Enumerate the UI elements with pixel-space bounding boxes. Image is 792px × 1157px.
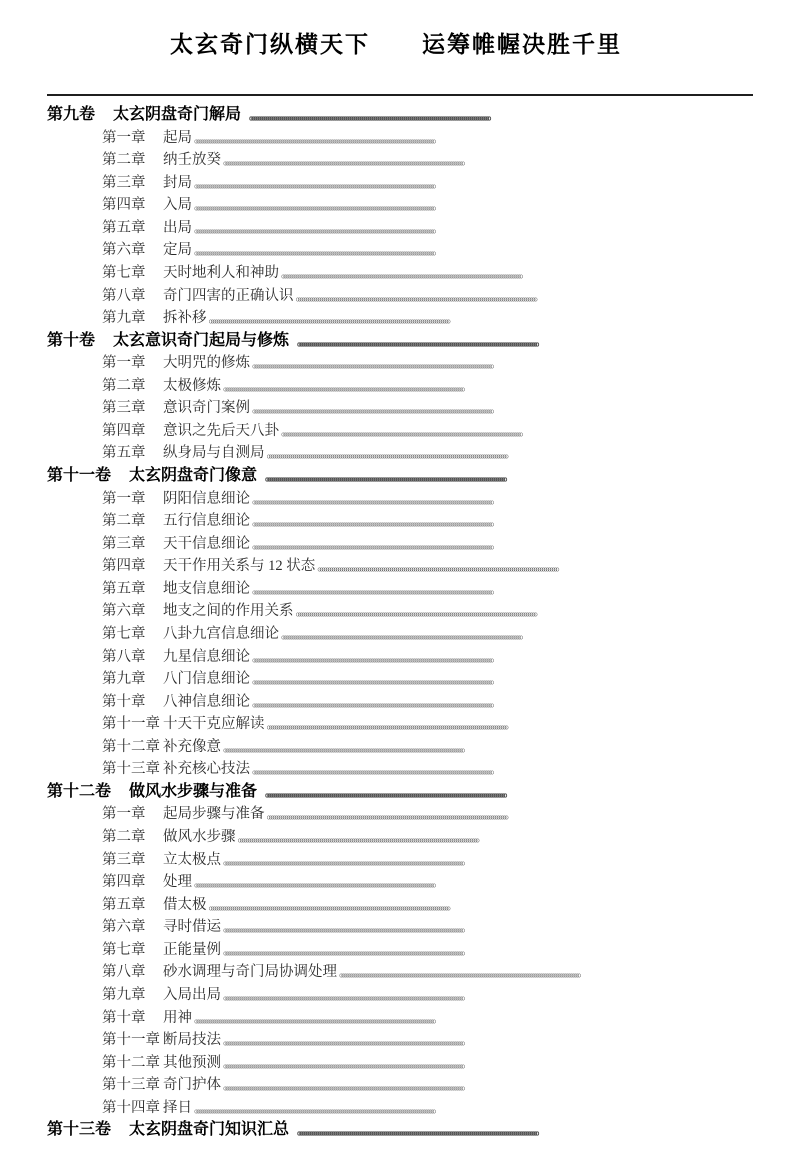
toc-chapter-row[interactable]: 第三章 意识奇门案例 。。。。。。。。。。。。。。。。。。。。。。。。。。。。。… bbox=[47, 397, 687, 420]
dot-leader: 。。。。。。。。。。。。。。。。。。。。。。。。。。。。。。。。。。。。。。。。… bbox=[194, 172, 687, 195]
toc-chapter-row[interactable]: 第十四章 择日 。。。。。。。。。。。。。。。。。。。。。。。。。。。。。。。。… bbox=[47, 1097, 687, 1120]
toc-chapter-row[interactable]: 第二章 太极修炼 。。。。。。。。。。。。。。。。。。。。。。。。。。。。。。。… bbox=[47, 375, 687, 398]
toc-chapter-row[interactable]: 第六章 地支之间的作用关系 。。。。。。。。。。。。。。。。。。。。。。。。。。… bbox=[47, 600, 687, 623]
toc-chapter-row[interactable]: 第一章 大明咒的修炼 。。。。。。。。。。。。。。。。。。。。。。。。。。。。。… bbox=[47, 352, 687, 375]
dot-leader: 。。。。。。。。。。。。。。。。。。。。。。。。。。。。。。。。。。。。。。。。… bbox=[223, 1029, 687, 1052]
document-page: 太玄奇门纵横天下运筹帷幄决胜千里 第九卷 太玄阴盘奇门解局 。。。。。。。。。。… bbox=[0, 0, 792, 1157]
dot-leader: 。。。。。。。。。。。。。。。。。。。。。。。。。。。。。。。。。。。。。。。。… bbox=[265, 465, 687, 488]
dot-leader: 。。。。。。。。。。。。。。。。。。。。。。。。。。。。。。。。。。。。。。。。… bbox=[297, 330, 687, 353]
dot-leader: 。。。。。。。。。。。。。。。。。。。。。。。。。。。。。。。。。。。。。。。。… bbox=[252, 510, 687, 533]
chapter-title: 用神 bbox=[163, 1007, 192, 1030]
chapter-number: 第十四章 bbox=[102, 1097, 163, 1120]
chapter-title: 意识之先后天八卦 bbox=[163, 420, 279, 443]
dot-leader: 。。。。。。。。。。。。。。。。。。。。。。。。。。。。。。。。。。。。。。。。… bbox=[267, 803, 688, 826]
toc-chapter-row[interactable]: 第十三章 补充核心技法 。。。。。。。。。。。。。。。。。。。。。。。。。。。。… bbox=[47, 758, 687, 781]
dot-leader: 。。。。。。。。。。。。。。。。。。。。。。。。。。。。。。。。。。。。。。。。… bbox=[252, 646, 687, 669]
toc-chapter-row[interactable]: 第二章 纳壬放癸 。。。。。。。。。。。。。。。。。。。。。。。。。。。。。。。… bbox=[47, 149, 687, 172]
toc-chapter-row[interactable]: 第九章 入局出局 。。。。。。。。。。。。。。。。。。。。。。。。。。。。。。。… bbox=[47, 984, 687, 1007]
toc-chapter-row[interactable]: 第一章 起局步骤与准备 。。。。。。。。。。。。。。。。。。。。。。。。。。。。… bbox=[47, 803, 687, 826]
dot-leader: 。。。。。。。。。。。。。。。。。。。。。。。。。。。。。。。。。。。。。。。。… bbox=[194, 871, 687, 894]
chapter-number: 第八章 bbox=[102, 285, 163, 308]
chapter-title: 其他预测 bbox=[163, 1052, 221, 1075]
toc-chapter-row[interactable]: 第八章 砂水调理与奇门局协调处理 。。。。。。。。。。。。。。。。。。。。。。。… bbox=[47, 961, 687, 984]
dot-leader: 。。。。。。。。。。。。。。。。。。。。。。。。。。。。。。。。。。。。。。。。… bbox=[267, 713, 688, 736]
dot-leader: 。。。。。。。。。。。。。。。。。。。。。。。。。。。。。。。。。。。。。。。。… bbox=[297, 1119, 687, 1142]
toc-volume-row[interactable]: 第十三卷 太玄阴盘奇门知识汇总 。。。。。。。。。。。。。。。。。。。。。。。。… bbox=[47, 1119, 687, 1142]
chapter-title: 天干作用关系与 12 状态 bbox=[163, 555, 315, 578]
chapter-title: 地支信息细论 bbox=[163, 578, 250, 601]
chapter-number: 第十一章 bbox=[102, 1029, 163, 1052]
chapter-title: 纵身局与自测局 bbox=[163, 442, 265, 465]
chapter-title: 断局技法 bbox=[163, 1029, 221, 1052]
dot-leader: 。。。。。。。。。。。。。。。。。。。。。。。。。。。。。。。。。。。。。。。。… bbox=[281, 262, 687, 285]
chapter-number: 第五章 bbox=[102, 894, 163, 917]
dot-leader: 。。。。。。。。。。。。。。。。。。。。。。。。。。。。。。。。。。。。。。。。… bbox=[252, 578, 687, 601]
chapter-number: 第一章 bbox=[102, 352, 163, 375]
chapter-number: 第三章 bbox=[102, 849, 163, 872]
dot-leader: 。。。。。。。。。。。。。。。。。。。。。。。。。。。。。。。。。。。。。。。。… bbox=[252, 691, 687, 714]
chapter-number: 第二章 bbox=[102, 149, 163, 172]
dot-leader: 。。。。。。。。。。。。。。。。。。。。。。。。。。。。。。。。。。。。。。。。… bbox=[252, 668, 687, 691]
dot-leader: 。。。。。。。。。。。。。。。。。。。。。。。。。。。。。。。。。。。。。。。。… bbox=[249, 104, 687, 127]
dot-leader: 。。。。。。。。。。。。。。。。。。。。。。。。。。。。。。。。。。。。。。。。… bbox=[223, 1074, 687, 1097]
toc-chapter-row[interactable]: 第五章 纵身局与自测局 。。。。。。。。。。。。。。。。。。。。。。。。。。。。… bbox=[47, 442, 687, 465]
toc-chapter-row[interactable]: 第六章 寻时借运 。。。。。。。。。。。。。。。。。。。。。。。。。。。。。。。… bbox=[47, 916, 687, 939]
chapter-title: 出局 bbox=[163, 217, 192, 240]
chapter-title: 八门信息细论 bbox=[163, 668, 250, 691]
chapter-title: 八神信息细论 bbox=[163, 691, 250, 714]
chapter-number: 第三章 bbox=[102, 397, 163, 420]
toc-chapter-row[interactable]: 第三章 封局 。。。。。。。。。。。。。。。。。。。。。。。。。。。。。。。。。… bbox=[47, 172, 687, 195]
chapter-number: 第一章 bbox=[102, 488, 163, 511]
toc-chapter-row[interactable]: 第四章 处理 。。。。。。。。。。。。。。。。。。。。。。。。。。。。。。。。。… bbox=[47, 871, 687, 894]
chapter-title: 定局 bbox=[163, 239, 192, 262]
dot-leader: 。。。。。。。。。。。。。。。。。。。。。。。。。。。。。。。。。。。。。。。。… bbox=[194, 239, 687, 262]
chapter-number: 第九章 bbox=[102, 668, 163, 691]
chapter-number: 第六章 bbox=[102, 239, 163, 262]
toc-chapter-row[interactable]: 第八章 九星信息细论 。。。。。。。。。。。。。。。。。。。。。。。。。。。。。… bbox=[47, 646, 687, 669]
chapter-title: 砂水调理与奇门局协调处理 bbox=[163, 961, 337, 984]
chapter-number: 第七章 bbox=[102, 262, 163, 285]
chapter-number: 第三章 bbox=[102, 172, 163, 195]
chapter-title: 阴阳信息细论 bbox=[163, 488, 250, 511]
chapter-title: 做风水步骤 bbox=[163, 826, 236, 849]
chapter-title: 五行信息细论 bbox=[163, 510, 250, 533]
chapter-title: 意识奇门案例 bbox=[163, 397, 250, 420]
chapter-title: 太极修炼 bbox=[163, 375, 221, 398]
chapter-title: 入局 bbox=[163, 194, 192, 217]
chapter-title: 十天干克应解读 bbox=[163, 713, 265, 736]
header-title-left: 太玄奇门纵横天下 bbox=[170, 32, 370, 57]
dot-leader: 。。。。。。。。。。。。。。。。。。。。。。。。。。。。。。。。。。。。。。。。… bbox=[265, 781, 687, 804]
chapter-number: 第十一章 bbox=[102, 713, 163, 736]
chapter-title: 拆补移 bbox=[163, 307, 207, 330]
toc-chapter-row[interactable]: 第十二章 其他预测 。。。。。。。。。。。。。。。。。。。。。。。。。。。。。。… bbox=[47, 1052, 687, 1075]
toc-chapter-row[interactable]: 第五章 借太极 。。。。。。。。。。。。。。。。。。。。。。。。。。。。。。。。… bbox=[47, 894, 687, 917]
chapter-number: 第十三章 bbox=[102, 1074, 163, 1097]
toc-chapter-row[interactable]: 第十章 用神 。。。。。。。。。。。。。。。。。。。。。。。。。。。。。。。。。… bbox=[47, 1007, 687, 1030]
dot-leader: 。。。。。。。。。。。。。。。。。。。。。。。。。。。。。。。。。。。。。。。。… bbox=[194, 127, 687, 150]
chapter-number: 第四章 bbox=[102, 555, 163, 578]
chapter-number: 第四章 bbox=[102, 871, 163, 894]
dot-leader: 。。。。。。。。。。。。。。。。。。。。。。。。。。。。。。。。。。。。。。。。… bbox=[252, 758, 687, 781]
toc-chapter-row[interactable]: 第三章 天干信息细论 。。。。。。。。。。。。。。。。。。。。。。。。。。。。。… bbox=[47, 533, 687, 556]
volume-title: 太玄阴盘奇门解局 bbox=[113, 104, 241, 127]
chapter-number: 第五章 bbox=[102, 217, 163, 240]
chapter-title: 处理 bbox=[163, 871, 192, 894]
chapter-number: 第十二章 bbox=[102, 1052, 163, 1075]
chapter-number: 第十三章 bbox=[102, 758, 163, 781]
chapter-title: 纳壬放癸 bbox=[163, 149, 221, 172]
toc-chapter-row[interactable]: 第六章 定局 。。。。。。。。。。。。。。。。。。。。。。。。。。。。。。。。。… bbox=[47, 239, 687, 262]
toc-chapter-row[interactable]: 第九章 八门信息细论 。。。。。。。。。。。。。。。。。。。。。。。。。。。。。… bbox=[47, 668, 687, 691]
chapter-title: 补充像意 bbox=[163, 736, 221, 759]
chapter-title: 九星信息细论 bbox=[163, 646, 250, 669]
toc-chapter-row[interactable]: 第十一章 十天干克应解读 。。。。。。。。。。。。。。。。。。。。。。。。。。。… bbox=[47, 713, 687, 736]
volume-number: 第十三卷 bbox=[47, 1119, 111, 1142]
toc-chapter-row[interactable]: 第一章 阴阳信息细论 。。。。。。。。。。。。。。。。。。。。。。。。。。。。。… bbox=[47, 488, 687, 511]
volume-number: 第十二卷 bbox=[47, 781, 111, 804]
chapter-number: 第五章 bbox=[102, 578, 163, 601]
page-header: 太玄奇门纵横天下运筹帷幄决胜千里 bbox=[0, 26, 792, 59]
dot-leader: 。。。。。。。。。。。。。。。。。。。。。。。。。。。。。。。。。。。。。。。。… bbox=[223, 939, 687, 962]
chapter-title: 立太极点 bbox=[163, 849, 221, 872]
toc-chapter-row[interactable]: 第一章 起局 。。。。。。。。。。。。。。。。。。。。。。。。。。。。。。。。。… bbox=[47, 127, 687, 150]
chapter-number: 第十章 bbox=[102, 1007, 163, 1030]
toc-chapter-row[interactable]: 第四章 天干作用关系与 12 状态 。。。。。。。。。。。。。。。。。。。。。。… bbox=[47, 555, 687, 578]
chapter-title: 大明咒的修炼 bbox=[163, 352, 250, 375]
toc-chapter-row[interactable]: 第二章 五行信息细论 。。。。。。。。。。。。。。。。。。。。。。。。。。。。。… bbox=[47, 510, 687, 533]
chapter-title: 地支之间的作用关系 bbox=[163, 600, 294, 623]
dot-leader: 。。。。。。。。。。。。。。。。。。。。。。。。。。。。。。。。。。。。。。。。… bbox=[252, 352, 687, 375]
toc-chapter-row[interactable]: 第九章 拆补移 。。。。。。。。。。。。。。。。。。。。。。。。。。。。。。。。… bbox=[47, 307, 687, 330]
chapter-number: 第四章 bbox=[102, 194, 163, 217]
header-title-right: 运筹帷幄决胜千里 bbox=[422, 32, 622, 57]
dot-leader: 。。。。。。。。。。。。。。。。。。。。。。。。。。。。。。。。。。。。。。。。… bbox=[223, 916, 687, 939]
chapter-number: 第三章 bbox=[102, 533, 163, 556]
volume-title: 太玄阴盘奇门像意 bbox=[129, 465, 257, 488]
volume-number: 第十卷 bbox=[47, 330, 95, 353]
dot-leader: 。。。。。。。。。。。。。。。。。。。。。。。。。。。。。。。。。。。。。。。。… bbox=[339, 961, 687, 984]
toc-chapter-row[interactable]: 第十三章 奇门护体 。。。。。。。。。。。。。。。。。。。。。。。。。。。。。。… bbox=[47, 1074, 687, 1097]
toc-chapter-row[interactable]: 第五章 出局 。。。。。。。。。。。。。。。。。。。。。。。。。。。。。。。。。… bbox=[47, 217, 687, 240]
chapter-number: 第二章 bbox=[102, 826, 163, 849]
dot-leader: 。。。。。。。。。。。。。。。。。。。。。。。。。。。。。。。。。。。。。。。。… bbox=[194, 1097, 687, 1120]
dot-leader: 。。。。。。。。。。。。。。。。。。。。。。。。。。。。。。。。。。。。。。。。… bbox=[223, 984, 687, 1007]
dot-leader: 。。。。。。。。。。。。。。。。。。。。。。。。。。。。。。。。。。。。。。。。… bbox=[252, 488, 687, 511]
volume-title: 太玄意识奇门起局与修炼 bbox=[113, 330, 289, 353]
toc-chapter-row[interactable]: 第四章 意识之先后天八卦 。。。。。。。。。。。。。。。。。。。。。。。。。。。… bbox=[47, 420, 687, 443]
header-divider bbox=[47, 94, 753, 96]
toc-chapter-row[interactable]: 第七章 天时地利人和神助 。。。。。。。。。。。。。。。。。。。。。。。。。。。… bbox=[47, 262, 687, 285]
dot-leader: 。。。。。。。。。。。。。。。。。。。。。。。。。。。。。。。。。。。。。。。。… bbox=[252, 397, 687, 420]
chapter-number: 第九章 bbox=[102, 307, 163, 330]
chapter-title: 借太极 bbox=[163, 894, 207, 917]
dot-leader: 。。。。。。。。。。。。。。。。。。。。。。。。。。。。。。。。。。。。。。。。… bbox=[223, 1052, 687, 1075]
chapter-title: 奇门护体 bbox=[163, 1074, 221, 1097]
toc-chapter-row[interactable]: 第四章 入局 。。。。。。。。。。。。。。。。。。。。。。。。。。。。。。。。。… bbox=[47, 194, 687, 217]
toc-volume-row[interactable]: 第十卷 太玄意识奇门起局与修炼 。。。。。。。。。。。。。。。。。。。。。。。。… bbox=[47, 330, 687, 353]
chapter-number: 第八章 bbox=[102, 646, 163, 669]
toc-list: 第九卷 太玄阴盘奇门解局 。。。。。。。。。。。。。。。。。。。。。。。。。。。… bbox=[47, 104, 687, 1142]
chapter-number: 第九章 bbox=[102, 984, 163, 1007]
chapter-number: 第六章 bbox=[102, 916, 163, 939]
chapter-title: 天干信息细论 bbox=[163, 533, 250, 556]
toc-volume-row[interactable]: 第十二卷 做风水步骤与准备 。。。。。。。。。。。。。。。。。。。。。。。。。。… bbox=[47, 781, 687, 804]
chapter-title: 寻时借运 bbox=[163, 916, 221, 939]
chapter-title: 封局 bbox=[163, 172, 192, 195]
dot-leader: 。。。。。。。。。。。。。。。。。。。。。。。。。。。。。。。。。。。。。。。。… bbox=[296, 600, 688, 623]
volume-title: 太玄阴盘奇门知识汇总 bbox=[129, 1119, 289, 1142]
toc-volume-row[interactable]: 第十一卷 太玄阴盘奇门像意 。。。。。。。。。。。。。。。。。。。。。。。。。。… bbox=[47, 465, 687, 488]
volume-number: 第九卷 bbox=[47, 104, 95, 127]
chapter-number: 第四章 bbox=[102, 420, 163, 443]
chapter-title: 补充核心技法 bbox=[163, 758, 250, 781]
toc-chapter-row[interactable]: 第七章 八卦九宫信息细论 。。。。。。。。。。。。。。。。。。。。。。。。。。。… bbox=[47, 623, 687, 646]
chapter-number: 第七章 bbox=[102, 623, 163, 646]
dot-leader: 。。。。。。。。。。。。。。。。。。。。。。。。。。。。。。。。。。。。。。。。… bbox=[296, 285, 688, 308]
chapter-title: 天时地利人和神助 bbox=[163, 262, 279, 285]
dot-leader: 。。。。。。。。。。。。。。。。。。。。。。。。。。。。。。。。。。。。。。。。… bbox=[209, 307, 688, 330]
dot-leader: 。。。。。。。。。。。。。。。。。。。。。。。。。。。。。。。。。。。。。。。。… bbox=[194, 217, 687, 240]
dot-leader: 。。。。。。。。。。。。。。。。。。。。。。。。。。。。。。。。。。。。。。。。… bbox=[223, 849, 687, 872]
dot-leader: 。。。。。。。。。。。。。。。。。。。。。。。。。。。。。。。。。。。。。。。。… bbox=[223, 375, 687, 398]
dot-leader: 。。。。。。。。。。。。。。。。。。。。。。。。。。。。。。。。。。。。。。。。… bbox=[281, 623, 687, 646]
chapter-title: 八卦九宫信息细论 bbox=[163, 623, 279, 646]
chapter-number: 第八章 bbox=[102, 961, 163, 984]
dot-leader: 。。。。。。。。。。。。。。。。。。。。。。。。。。。。。。。。。。。。。。。。… bbox=[252, 533, 687, 556]
toc-chapter-row[interactable]: 第三章 立太极点 。。。。。。。。。。。。。。。。。。。。。。。。。。。。。。。… bbox=[47, 849, 687, 872]
toc-chapter-row[interactable]: 第十二章 补充像意 。。。。。。。。。。。。。。。。。。。。。。。。。。。。。。… bbox=[47, 736, 687, 759]
dot-leader: 。。。。。。。。。。。。。。。。。。。。。。。。。。。。。。。。。。。。。。。。… bbox=[194, 1007, 687, 1030]
chapter-title: 奇门四害的正确认识 bbox=[163, 285, 294, 308]
chapter-number: 第一章 bbox=[102, 127, 163, 150]
volume-title: 做风水步骤与准备 bbox=[129, 781, 257, 804]
dot-leader: 。。。。。。。。。。。。。。。。。。。。。。。。。。。。。。。。。。。。。。。。… bbox=[267, 442, 688, 465]
chapter-title: 正能量例 bbox=[163, 939, 221, 962]
toc-chapter-row[interactable]: 第八章 奇门四害的正确认识 。。。。。。。。。。。。。。。。。。。。。。。。。。… bbox=[47, 285, 687, 308]
dot-leader: 。。。。。。。。。。。。。。。。。。。。。。。。。。。。。。。。。。。。。。。。… bbox=[194, 194, 687, 217]
toc-volume-row[interactable]: 第九卷 太玄阴盘奇门解局 。。。。。。。。。。。。。。。。。。。。。。。。。。。… bbox=[47, 104, 687, 127]
chapter-title: 择日 bbox=[163, 1097, 192, 1120]
dot-leader: 。。。。。。。。。。。。。。。。。。。。。。。。。。。。。。。。。。。。。。。。… bbox=[281, 420, 687, 443]
dot-leader: 。。。。。。。。。。。。。。。。。。。。。。。。。。。。。。。。。。。。。。。。… bbox=[223, 736, 687, 759]
dot-leader: 。。。。。。。。。。。。。。。。。。。。。。。。。。。。。。。。。。。。。。。。… bbox=[238, 826, 688, 849]
chapter-number: 第一章 bbox=[102, 803, 163, 826]
chapter-title: 起局步骤与准备 bbox=[163, 803, 265, 826]
volume-number: 第十一卷 bbox=[47, 465, 111, 488]
toc-chapter-row[interactable]: 第五章 地支信息细论 。。。。。。。。。。。。。。。。。。。。。。。。。。。。。… bbox=[47, 578, 687, 601]
dot-leader: 。。。。。。。。。。。。。。。。。。。。。。。。。。。。。。。。。。。。。。。。… bbox=[223, 149, 687, 172]
chapter-number: 第十章 bbox=[102, 691, 163, 714]
chapter-number: 第二章 bbox=[102, 510, 163, 533]
toc-chapter-row[interactable]: 第十章 八神信息细论 。。。。。。。。。。。。。。。。。。。。。。。。。。。。。… bbox=[47, 691, 687, 714]
chapter-title: 入局出局 bbox=[163, 984, 221, 1007]
dot-leader: 。。。。。。。。。。。。。。。。。。。。。。。。。。。。。。。。。。。。。。。。… bbox=[209, 894, 688, 917]
toc-chapter-row[interactable]: 第十一章 断局技法 。。。。。。。。。。。。。。。。。。。。。。。。。。。。。。… bbox=[47, 1029, 687, 1052]
chapter-number: 第二章 bbox=[102, 375, 163, 398]
toc-chapter-row[interactable]: 第二章 做风水步骤 。。。。。。。。。。。。。。。。。。。。。。。。。。。。。。… bbox=[47, 826, 687, 849]
chapter-number: 第七章 bbox=[102, 939, 163, 962]
chapter-number: 第五章 bbox=[102, 442, 163, 465]
dot-leader: 。。。。。。。。。。。。。。。。。。。。。。。。。。。。。。。。。。。。。。。。… bbox=[317, 555, 687, 578]
toc-chapter-row[interactable]: 第七章 正能量例 。。。。。。。。。。。。。。。。。。。。。。。。。。。。。。。… bbox=[47, 939, 687, 962]
chapter-number: 第六章 bbox=[102, 600, 163, 623]
chapter-number: 第十二章 bbox=[102, 736, 163, 759]
chapter-title: 起局 bbox=[163, 127, 192, 150]
